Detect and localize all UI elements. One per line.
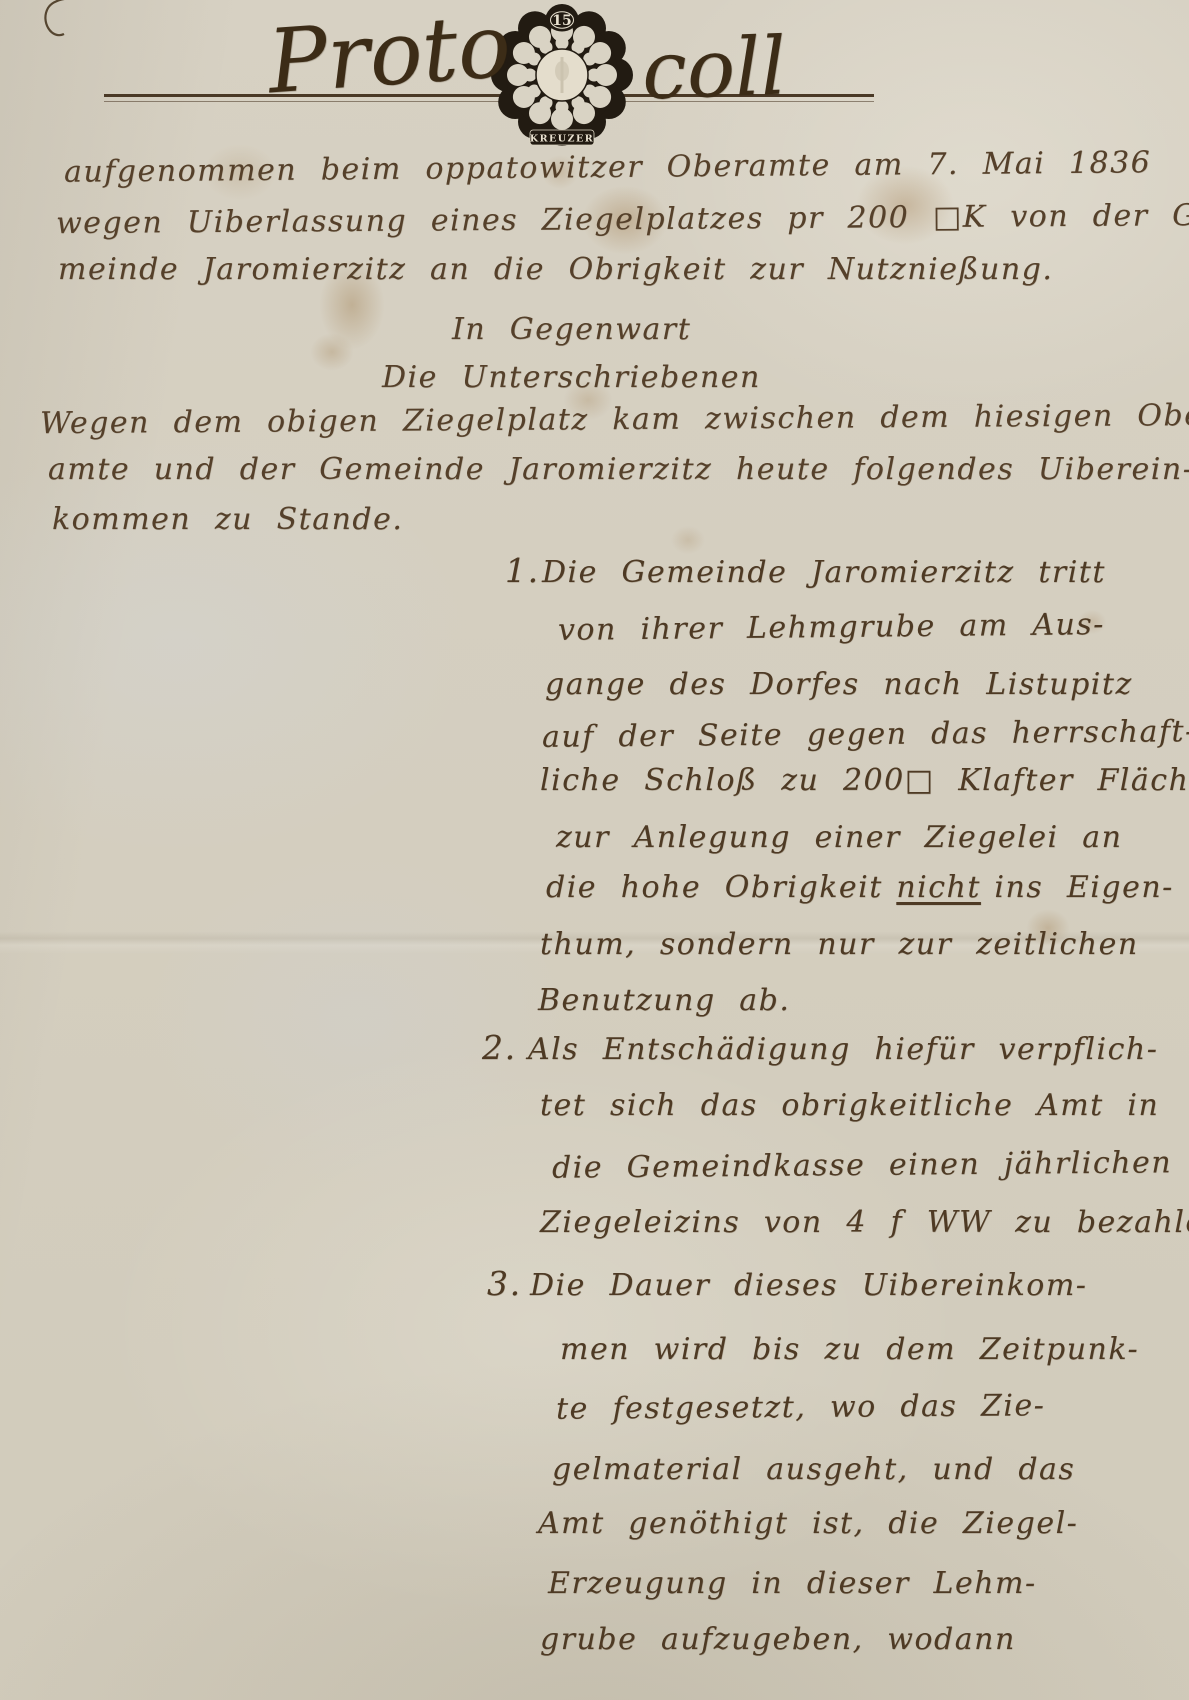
title-proto: Proto (265, 0, 514, 113)
clause-3-line-1: Die Dauer dieses Uibereinkom- (530, 1268, 1087, 1303)
clause-1-line-7-post: ins Eigen- (994, 870, 1173, 905)
clause-3-line-2: men wird bis zu dem Zeitpunk- (560, 1332, 1139, 1367)
clause-3-line-6: Erzeugung in dieser Lehm- (548, 1566, 1037, 1601)
title-coll: coll (640, 20, 787, 118)
clause-1-line-8: thum, sondern nur zur zeitlichen (540, 927, 1139, 962)
clause-3-line-4: gelmaterial ausgeht, und das (552, 1452, 1075, 1487)
preamble-line-2: amte und der Gemeinde Jaromierzitz heute… (48, 452, 1189, 487)
clause-3-line-5: Amt genöthigt ist, die Ziegel- (538, 1506, 1078, 1541)
clause-1-line-9: Benutzung ab. (538, 983, 790, 1018)
clause-1-line-4: auf der Seite gegen das herrschaft- (542, 714, 1189, 755)
preamble-line-3: kommen zu Stande. (52, 502, 403, 537)
stamp-value-text: 15 (552, 13, 571, 29)
clause-1-line-5: liche Schloß zu 200□ Klafter Fläche (540, 763, 1189, 798)
presence-line-in-gegenwart: In Gegenwart (452, 312, 691, 347)
clause-3-line-3: te festgesetzt, wo das Zie- (556, 1388, 1046, 1426)
clause-1-underlined-nicht: nicht (896, 870, 981, 905)
clause-1-line-2: von ihrer Lehmgrube am Aus- (558, 607, 1105, 648)
clause-1-number: 1. (505, 551, 540, 590)
intro-line-2: wegen Uiberlassung eines Ziegelplatzes p… (56, 198, 1189, 241)
clause-2-line-1: Als Entschädigung hiefür verpflich- (528, 1032, 1158, 1067)
clause-1-line-3: gange des Dorfes nach Listupitz (545, 667, 1133, 702)
clause-1-line-7: die hohe Obrigkeitnichtins Eigen- (546, 870, 1174, 905)
intro-line-3: meinde Jaromierzitz an die Obrigkeit zur… (58, 252, 1053, 287)
preamble-line-1: Wegen dem obigen Ziegelplatz kam zwische… (40, 398, 1189, 441)
clause-3-line-7: grube aufzugeben, wodann (540, 1622, 1016, 1657)
clause-3-number: 3. (487, 1264, 522, 1303)
stamp-unit-text: KREUZER (530, 134, 594, 145)
clause-1-line-7-pre: die hohe Obrigkeit (546, 870, 883, 905)
clause-1-line-6: zur Anlegung einer Ziegelei an (556, 820, 1122, 855)
clause-2-number: 2. (482, 1028, 517, 1067)
clause-2-line-4: Ziegeleizins von 4 f WW zu bezahlen. (540, 1205, 1189, 1240)
corner-pen-flourish (18, 0, 148, 64)
clause-1-line-1: Die Gemeinde Jaromierzitz tritt (542, 555, 1106, 590)
clause-2-line-3: die Gemeindkasse einen jährlichen (552, 1145, 1172, 1185)
manuscript-page: Proto coll (0, 0, 1189, 1700)
presence-line-unterschriebenen: Die Unterschriebenen (382, 360, 761, 395)
clause-2-line-2: tet sich das obrigkeitliche Amt in (540, 1088, 1159, 1123)
